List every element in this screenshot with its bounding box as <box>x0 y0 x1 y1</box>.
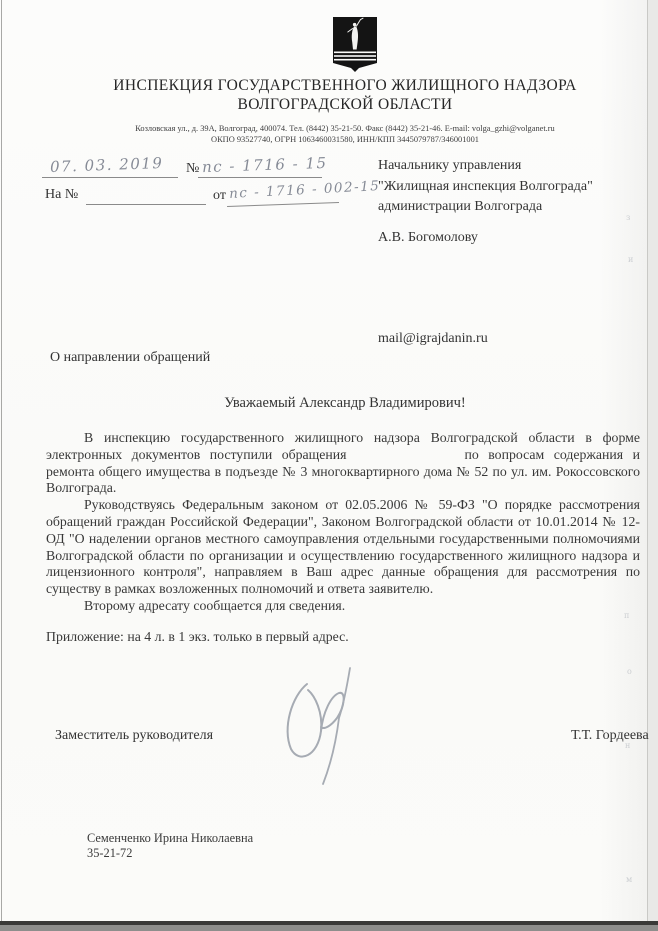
reply-from-underline <box>227 201 339 207</box>
reply-number-underline <box>86 203 206 205</box>
org-name-line1: ИНСПЕКЦИЯ ГОСУДАРСТВЕННОГО ЖИЛИЩНОГО НАД… <box>30 77 658 95</box>
doc-number-label: № <box>186 161 199 177</box>
doc-number-underline <box>198 176 322 178</box>
handwritten-reply-number: пс - 1716 - 002-15 <box>229 178 381 202</box>
bleed-glyph: м <box>626 876 632 884</box>
handwritten-date: 07. 03. 2019 <box>50 154 164 176</box>
letter-body: В инспекцию государственного жилищного н… <box>46 430 640 646</box>
handwritten-doc-number: пс - 1716 - 15 <box>202 154 328 176</box>
recipient-email: mail@igrajdanin.ru <box>378 331 488 347</box>
reply-to-label: На № <box>45 187 78 203</box>
recipient-line3: администрации Волгограда <box>378 197 628 218</box>
recipient-line2: "Жилищная инспекция Волгограда" <box>378 177 628 198</box>
scan-bottom-edge-shadow <box>0 925 658 931</box>
recipient-line1: Начальнику управления <box>378 156 628 177</box>
signer-title: Заместитель руководителя <box>55 728 213 744</box>
org-name-line2: ВОЛГОГРАДСКОЙ ОБЛАСТИ <box>30 96 658 114</box>
org-requisites-line: ОКПО 93527740, ОГРН 1063460031580, ИНН/К… <box>30 135 658 144</box>
salutation: Уважаемый Александр Владимирович! <box>30 395 658 412</box>
handwritten-signature <box>262 660 384 788</box>
reply-from-label: от <box>213 188 226 204</box>
body-paragraph-3: Второму адресату сообщается для сведения… <box>46 598 640 615</box>
body-paragraph-2: Руководствуясь Федеральным законом от 02… <box>46 497 640 598</box>
body-paragraph-1: В инспекцию государственного жилищного н… <box>46 430 640 497</box>
attachment-line: Приложение: на 4 л. в 1 экз. только в пе… <box>46 629 640 646</box>
recipient-block: Начальнику управления "Жилищная инспекци… <box>378 156 628 218</box>
date-underline <box>42 176 178 178</box>
bleed-glyph: и <box>628 256 633 264</box>
coat-of-arms-icon <box>332 16 378 74</box>
signer-name: Т.Т. Гордеева <box>571 728 649 744</box>
executor-name: Семенченко Ирина Николаевна <box>87 831 253 846</box>
redacted-gap <box>347 458 465 459</box>
scanned-letter-page: з и п о н м ИНСПЕКЦИЯ ГОСУДАРСТВЕННОГО Ж… <box>0 0 658 931</box>
recipient-name: А.В. Богомолову <box>378 230 478 246</box>
bleed-glyph: о <box>627 668 632 676</box>
subject-line: О направлении обращений <box>50 350 210 366</box>
org-contact-line: Козловская ул., д. 39А, Волгоград, 40007… <box>30 124 658 133</box>
scan-left-edge-line <box>1 0 2 926</box>
executor-phone: 35-21-72 <box>87 846 132 861</box>
